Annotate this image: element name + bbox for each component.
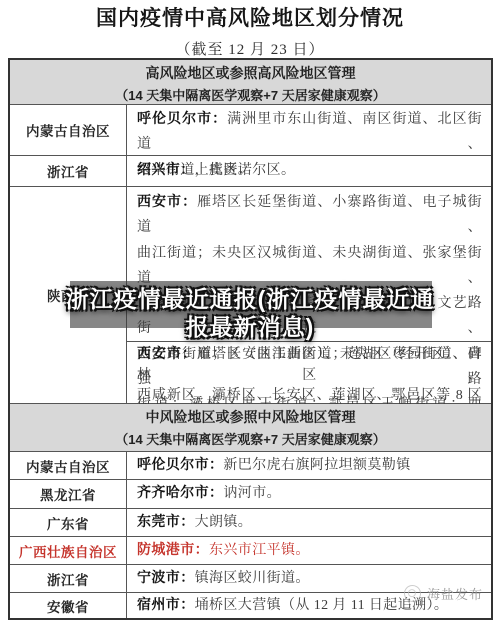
mid-risk-section-header: 中风险地区或参照中风险地区管理 （14 天集中隔离医学观察+7 天居家健康观察）	[10, 403, 491, 451]
region-text: 上虞区。	[195, 163, 253, 178]
section-title: 高风险地区或参照高风险地区管理	[10, 60, 491, 85]
region-cell: 东莞市：大朗镇。	[127, 509, 491, 536]
city-name: 宿州市：	[137, 598, 195, 613]
watermark-line1: 浙江疫情最近通报(浙江疫情最近通	[0, 285, 500, 313]
city-name: 宁波市：	[137, 571, 195, 586]
city-name: 绍兴市：	[137, 163, 195, 178]
publisher-watermark: 海盐发布	[404, 584, 483, 603]
publisher-logo-icon	[402, 583, 422, 603]
region-cell: 防城港市：东兴市江平镇。	[127, 537, 491, 564]
province-cell: 广西壮族自治区	[10, 537, 127, 564]
region-text: 东兴市江平镇。	[209, 543, 310, 558]
city-name: 呼伦贝尔市：	[137, 458, 223, 473]
table-row: 广东省 东莞市：大朗镇。	[10, 508, 491, 536]
section-subtitle: （14 天集中隔离医学观察+7 天居家健康观察）	[10, 429, 491, 450]
region-text: 镇海区蛟川街道。	[195, 571, 310, 586]
region-cell: 呼伦贝尔市：新巴尔虎右旗阿拉坦额莫勒镇	[127, 452, 491, 479]
page-title: 国内疫情中高风险地区划分情况	[0, 5, 500, 31]
table-row: 内蒙古自治区 呼伦贝尔市：新巴尔虎右旗阿拉坦额莫勒镇	[10, 451, 491, 479]
section-title: 中风险地区或参照中风险地区管理	[10, 404, 491, 429]
province-cell: 安徽省	[10, 593, 127, 618]
city-name: 西安市：	[137, 347, 197, 362]
region-text: 大朗镇。	[195, 515, 253, 530]
province-cell: 浙江省	[10, 156, 127, 186]
province-cell: 广东省	[10, 509, 127, 536]
city-name: 东莞市：	[137, 515, 195, 530]
city-name: 呼伦贝尔市：	[137, 112, 227, 127]
watermark-text: 浙江疫情最近通报(浙江疫情最近通 报最新消息)	[0, 285, 500, 341]
region-text: 讷河市。	[223, 486, 281, 501]
as-of-date: （截至 12 月 23 日）	[0, 38, 500, 59]
watermark-line2: 报最新消息)	[0, 313, 500, 341]
table-row: 浙江省 绍兴市：上虞区。	[10, 155, 491, 186]
table-row: 黑龙江省 齐齐哈尔市：讷河市。	[10, 479, 491, 508]
city-name: 齐齐哈尔市：	[137, 486, 223, 501]
province-cell: 内蒙古自治区	[10, 452, 127, 479]
region-text: 新巴尔虎右旗阿拉坦额莫勒镇	[223, 458, 410, 473]
table-row: 内蒙古自治区 呼伦贝尔市：满洲里市东山街道、南区街道、北区街道、 兴华街道，扎赉…	[10, 104, 491, 155]
high-risk-section-header: 高风险地区或参照高风险地区管理 （14 天集中隔离医学观察+7 天居家健康观察）	[10, 60, 491, 104]
city-name: 防城港市：	[137, 543, 209, 558]
province-cell: 内蒙古自治区	[10, 105, 127, 155]
publisher-name: 海盐发布	[427, 584, 483, 603]
document-page: 国内疫情中高风险地区划分情况 （截至 12 月 23 日） 高风险地区或参照高风…	[0, 0, 500, 623]
province-cell: 黑龙江省	[10, 480, 127, 508]
city-name: 西安市：	[137, 195, 197, 210]
section-subtitle: （14 天集中隔离医学观察+7 天居家健康观察）	[10, 85, 491, 106]
province-cell: 浙江省	[10, 565, 127, 592]
region-cell: 齐齐哈尔市：讷河市。	[127, 480, 491, 508]
region-cell: 西安市：雁塔区（曲江新区）、未央区（经开区）、碑林区、 西咸新区，灞桥区、长安区…	[127, 341, 491, 403]
table-row-highlighted-red: 广西壮族自治区 防城港市：东兴市江平镇。	[10, 536, 491, 564]
region-cell: 呼伦贝尔市：满洲里市东山街道、南区街道、北区街道、 兴华街道，扎赉诺尔区。	[127, 105, 491, 155]
region-text: 曲江街道；未央区汉城街道、未央湖街道、张家堡街道、	[137, 246, 482, 286]
region-cell: 绍兴市：上虞区。	[127, 156, 491, 186]
